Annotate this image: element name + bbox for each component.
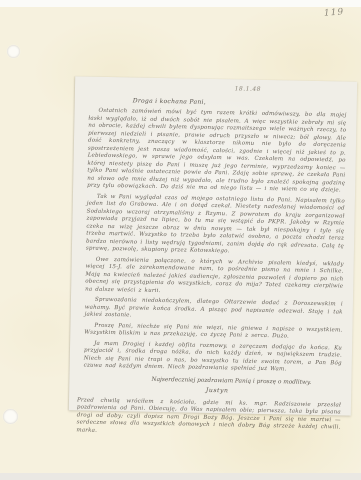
letter-paragraph: Sprawozdania niedokończyłem, dlatego Ołt… [85,297,343,324]
letter-paragraph: Proszę Pani, niechże się Pani nie więzi,… [84,322,342,342]
letter-sheet: 18.1.48 Droga i kochana Pani, Ostatnich … [69,76,357,415]
letter-date: 18.1.48 [89,83,347,97]
scan-edge [0,473,361,480]
page-number: 119 [323,7,344,18]
letter-body: Ostatnich zamówień mówi być tym razem kr… [84,108,347,375]
letter-paragraph: Ja mam Drogiej i każdej obfita rozmowy, … [84,340,343,375]
letter-signature: Justyn [93,384,341,396]
letter-salutation: Droga i kochana Pani, [133,97,347,108]
punch-hole-bottom [3,409,18,424]
letter-paragraph: Owe zamówienia połączone, o których w Ar… [85,256,344,298]
punch-hole-top [7,45,20,58]
letter-paragraph: Tak w Pani wyglądał czas od mojego ostat… [86,193,345,258]
letter-postscript: Przed chwilą wróciłem z kościoła, gdzie … [76,397,341,440]
letter-paragraph: Ostatnich zamówień mówi być tym razem kr… [87,108,347,195]
